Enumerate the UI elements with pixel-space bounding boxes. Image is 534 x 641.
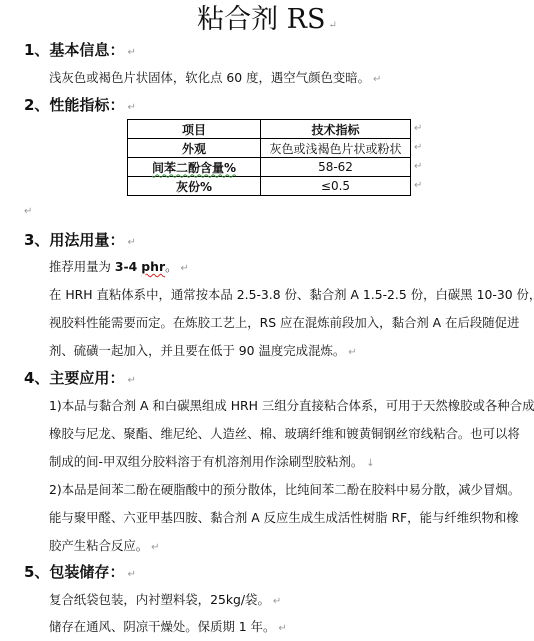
section-heading-basic-info: 1、基本信息：↵	[24, 41, 136, 62]
table-row: 灰份% ≤0.5	[128, 177, 411, 196]
section-heading-packaging: 5、包装储存：↵	[24, 563, 136, 584]
paragraph-mark-icon: ↵	[180, 263, 188, 274]
paragraph-text: 剂、硫磺一起加入，并且要在低于 90 温度完成混炼。	[49, 343, 345, 358]
row-end-mark-icon: ↵	[414, 180, 422, 191]
title-text: 粘合剂 RS	[197, 4, 325, 35]
usage-line: 视胶料性能需要而定。在炼胶工艺上，RS 应在混炼前段加入，黏合剂 A 在后段随促…	[49, 315, 519, 331]
row-end-mark-icon: ↵	[414, 123, 422, 134]
table-cell: 灰色或浅褐色片状或粉状	[261, 139, 411, 158]
paragraph-mark-icon: ↵	[127, 47, 135, 58]
dosage-value: 3-4	[115, 259, 137, 274]
paragraph-mark-icon: ↵	[278, 623, 286, 634]
application-line: 胶产生粘合反应。↵	[49, 538, 160, 556]
table-cell: 灰份%	[128, 177, 261, 196]
paragraph-text: 浅灰色或褐色片状固体，软化点 60 度，遇空气颜色变暗。	[49, 70, 370, 85]
application-line: 2)本品是间苯二酚在硬脂酸中的预分散体，比纯间苯二酚在胶料中易分散，减少冒烟。	[49, 482, 520, 498]
spec-table: 项目 技术指标 外观 灰色或浅褐色片状或粉状 间苯二酚含量% 58-62 灰份%…	[127, 119, 411, 196]
table-cell: ≤0.5	[261, 177, 411, 196]
dosage-text: 推荐用量为 3-4 phr。↵	[49, 259, 189, 277]
row-end-mark-icon: ↵	[414, 161, 422, 172]
heading-text: 1、基本信息：	[24, 41, 124, 59]
heading-text: 5、包装储存：	[24, 563, 124, 581]
dosage-suffix: 。	[165, 259, 177, 274]
application-line: 1)本品与黏合剂 A 和白碳黑组成 HRH 三组分直接粘合体系，可用于天然橡胶或…	[49, 398, 534, 414]
paragraph-mark-icon: ↵	[273, 596, 281, 607]
paragraph-mark-icon: ↵	[127, 569, 135, 580]
dosage-prefix: 推荐用量为	[49, 259, 115, 274]
paragraph-mark-icon: ↵	[24, 206, 32, 217]
paragraph-mark-icon: ↵	[127, 102, 135, 113]
paragraph-text: 储存在通风、阴凉干燥处。保质期 1 年。	[49, 619, 275, 634]
usage-line: 剂、硫磺一起加入，并且要在低于 90 温度完成混炼。↵	[49, 343, 357, 361]
table-row: 外观 灰色或浅褐色片状或粉状	[128, 139, 411, 158]
usage-line: 在 HRH 直粘体系中，通常按本品 2.5-3.8 份、黏合剂 A 1.5-2.…	[49, 287, 534, 303]
packaging-line: 复合纸袋包装，内衬塑料袋，25kg/袋。↵	[49, 592, 281, 610]
table-header-cell: 技术指标	[261, 120, 411, 139]
line-break-mark-icon: ↓	[366, 458, 374, 469]
document-title: 粘合剂 RS↵	[0, 4, 534, 42]
paragraph-text: 胶产生粘合反应。	[49, 538, 148, 553]
row-end-mark-icon: ↵	[414, 142, 422, 153]
dosage-unit: phr	[141, 259, 165, 274]
paragraph-mark-icon: ↵	[329, 20, 337, 31]
table-cell-text: 间苯二酚含量%	[152, 161, 236, 175]
table-header-row: 项目 技术指标	[128, 120, 411, 139]
storage-line: 储存在通风、阴凉干燥处。保质期 1 年。↵	[49, 619, 287, 637]
section-heading-specs: 2、性能指标：↵	[24, 96, 136, 117]
table-cell: 外观	[128, 139, 261, 158]
heading-text: 3、用法用量：	[24, 231, 124, 249]
section-heading-usage: 3、用法用量：↵	[24, 231, 136, 252]
application-line: 能与聚甲醛、六亚甲基四胺、黏合剂 A 反应生成生成活性树脂 RF，能与纤维织物和…	[49, 510, 519, 526]
table-cell: 58-62	[261, 158, 411, 177]
paragraph-mark-icon: ↵	[151, 542, 159, 553]
heading-text: 4、主要应用：	[24, 369, 124, 387]
paragraph-mark-icon: ↵	[348, 347, 356, 358]
section-heading-applications: 4、主要应用：↵	[24, 369, 136, 390]
application-line: 橡胶与尼龙、聚酯、维尼纶、人造丝、棉、玻璃纤维和镀黄铜钢丝帘线粘合。也可以将	[49, 426, 520, 442]
table-cell: 间苯二酚含量%	[128, 158, 261, 177]
paragraph-mark-icon: ↵	[373, 74, 381, 85]
paragraph-text: 复合纸袋包装，内衬塑料袋，25kg/袋。	[49, 592, 270, 607]
paragraph-mark-icon: ↵	[127, 237, 135, 248]
table-header-cell: 项目	[128, 120, 261, 139]
table-row: 间苯二酚含量% 58-62	[128, 158, 411, 177]
paragraph-text: 制成的间-甲双组分胶料溶于有机溶剂用作涂刷型胶粘剂。	[49, 454, 363, 469]
heading-text: 2、性能指标：	[24, 96, 124, 114]
paragraph-mark-icon: ↵	[127, 375, 135, 386]
application-line: 制成的间-甲双组分胶料溶于有机溶剂用作涂刷型胶粘剂。↓	[49, 454, 375, 472]
basic-info-text: 浅灰色或褐色片状固体，软化点 60 度，遇空气颜色变暗。↵	[49, 70, 381, 88]
